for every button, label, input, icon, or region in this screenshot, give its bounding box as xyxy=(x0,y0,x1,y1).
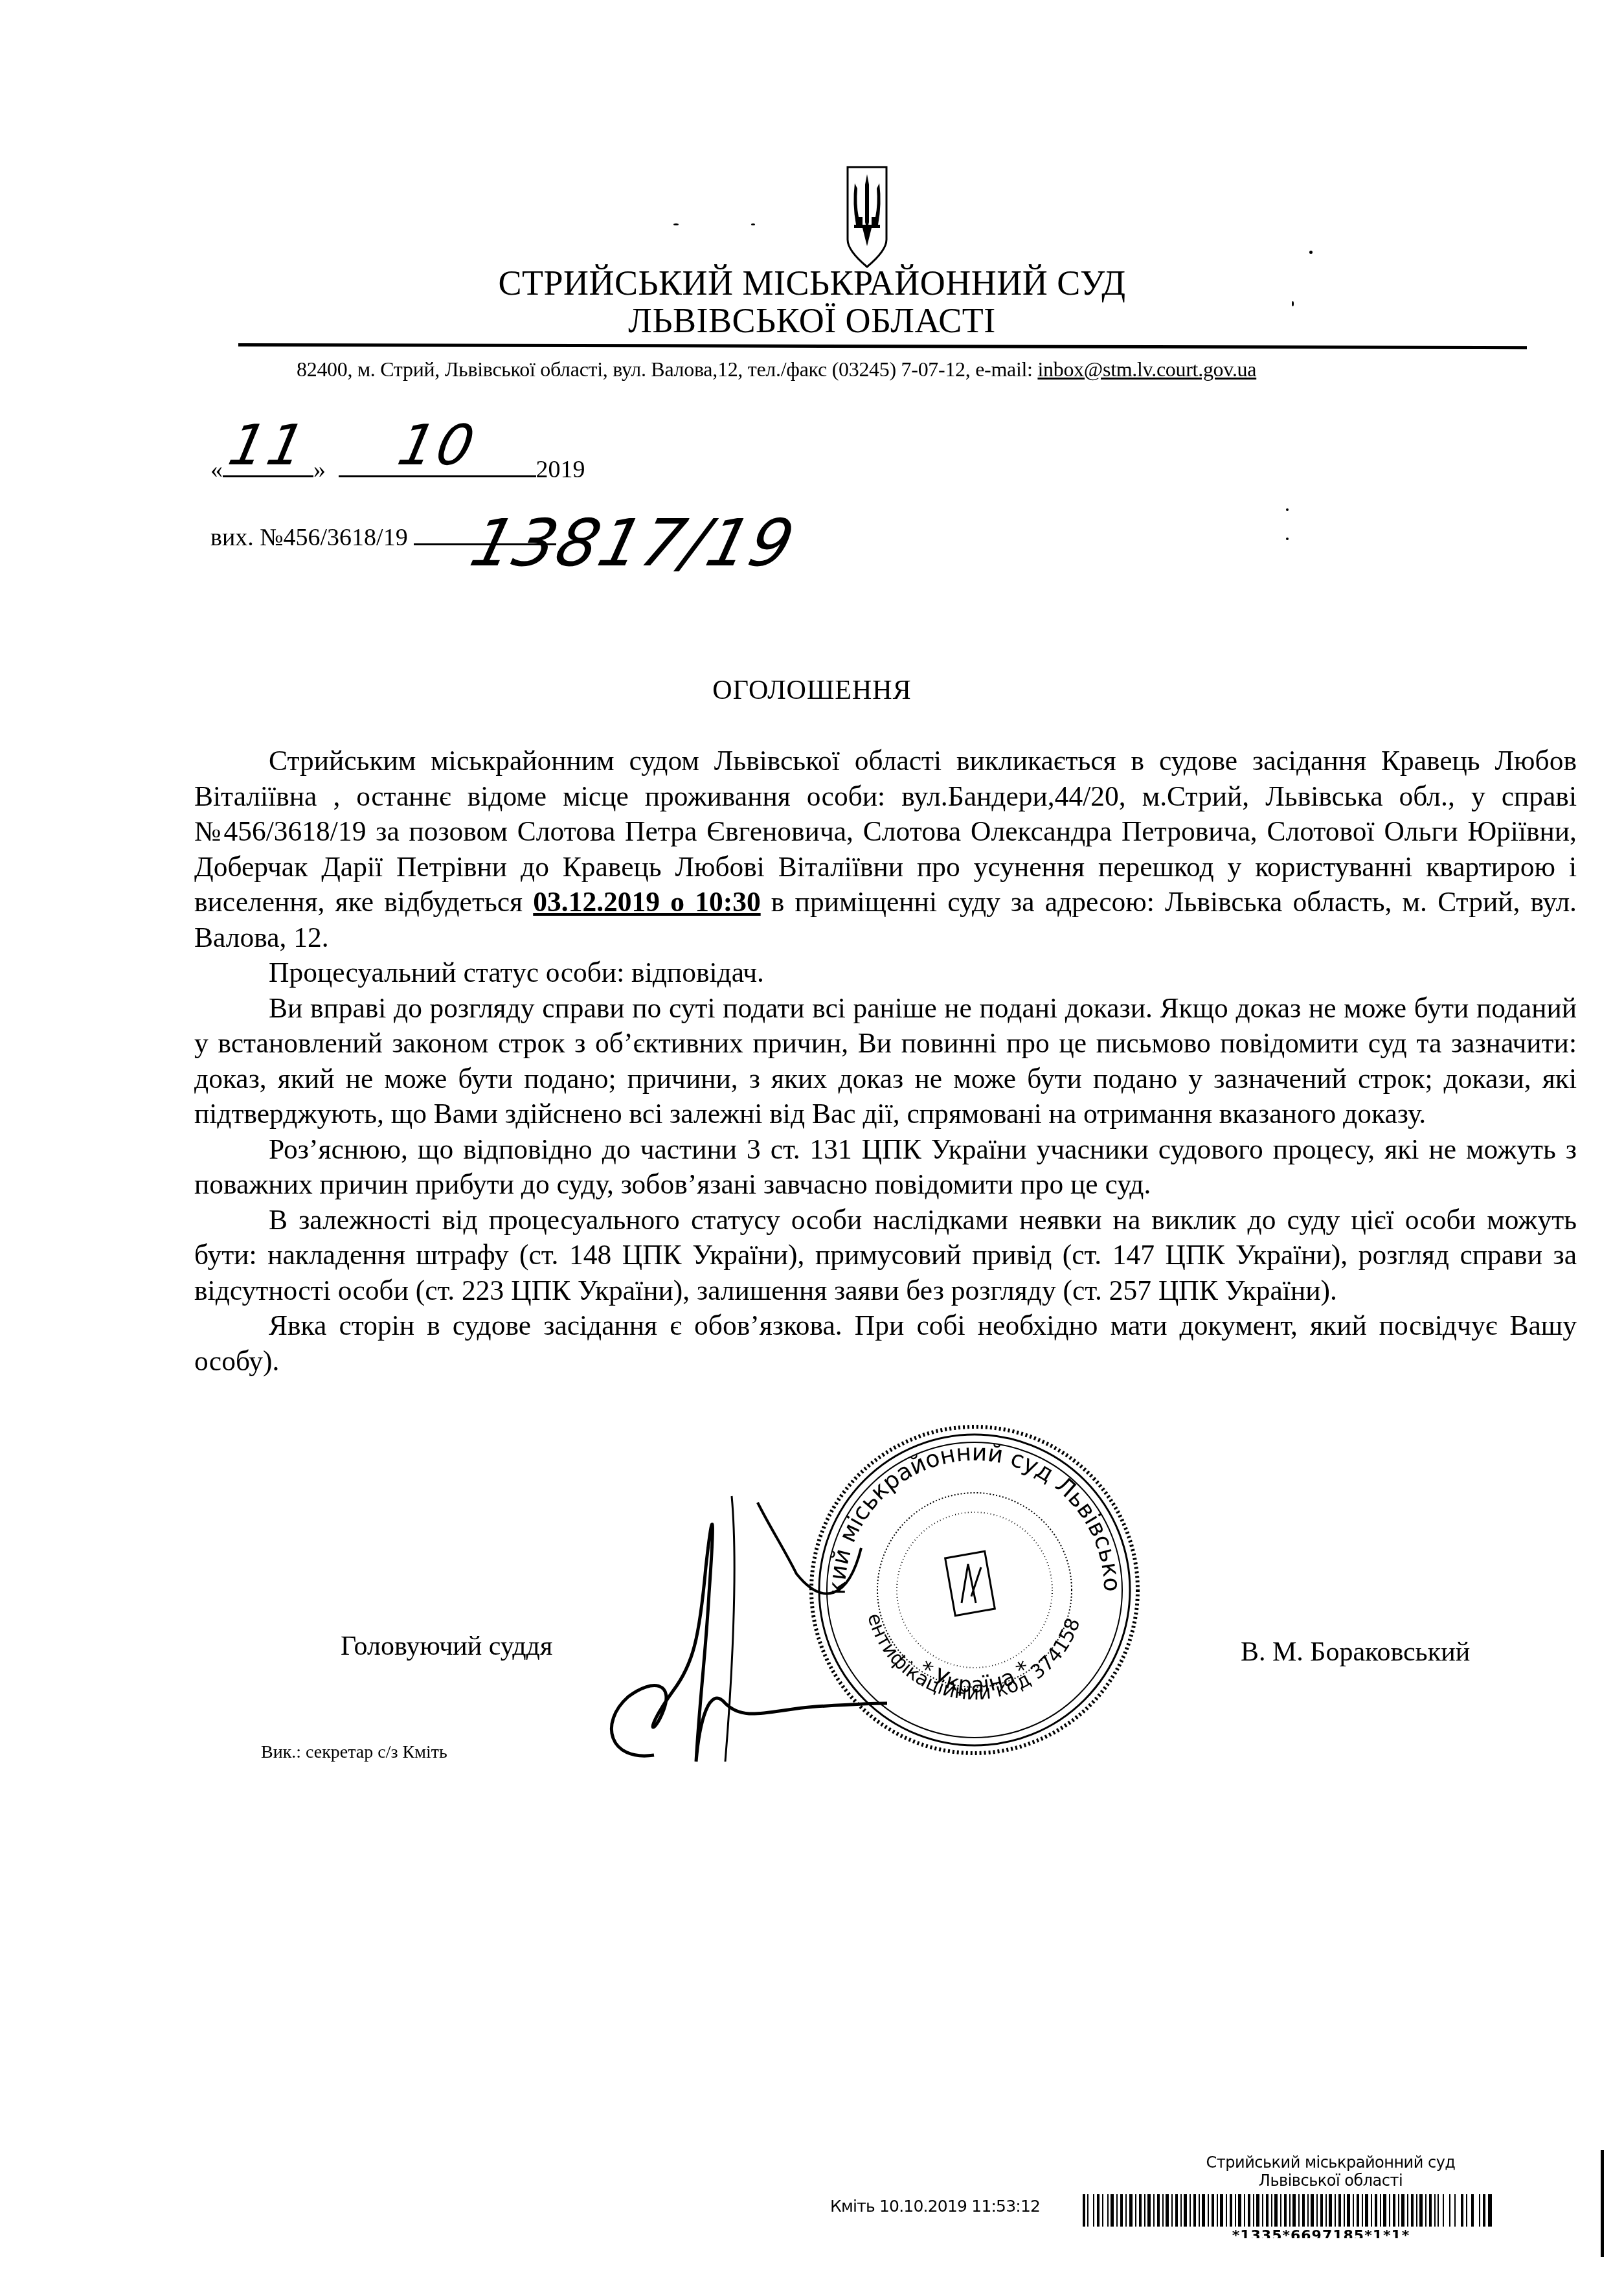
coat-of-arms-icon xyxy=(846,165,888,269)
month-handwritten: 10 xyxy=(332,413,543,478)
address-text: 82400, м. Стрий, Львівської області, вул… xyxy=(297,357,1037,381)
scan-speck xyxy=(673,223,679,225)
ref-handwritten-number: 13817/19 xyxy=(463,505,802,581)
scan-speck xyxy=(1292,301,1294,306)
barcode-icon xyxy=(1083,2194,1493,2227)
date-line: «11» 102019 xyxy=(210,453,585,484)
scan-speck xyxy=(1309,251,1313,254)
court-name-heading: СТРИЙСЬКИЙ МІСЬКРАЙОННИЙ СУД ЛЬВІВСЬКОЇ … xyxy=(0,264,1624,339)
document-title: ОГОЛОШЕННЯ xyxy=(0,675,1624,706)
close-quote: » xyxy=(313,456,326,483)
scan-speck xyxy=(1286,508,1289,511)
scan-speck xyxy=(751,223,755,225)
registration-office-line2: Львівської області xyxy=(1175,2172,1486,2190)
day-blank: 11 xyxy=(223,453,313,477)
judge-signature xyxy=(602,1490,965,1775)
document-body: Стрийським міськрайонним судом Львівсько… xyxy=(194,743,1577,1379)
registration-user-timestamp: Кміть 10.10.2019 11:53:12 xyxy=(830,2197,1040,2216)
paragraph-summons: Стрийським міськрайонним судом Львівсько… xyxy=(194,743,1577,955)
judge-name: В. М. Бораковський xyxy=(1241,1637,1470,1668)
court-name-line2: ЛЬВІВСЬКОЇ ОБЛАСТІ xyxy=(0,302,1624,339)
court-address: 82400, м. Стрий, Львівської області, вул… xyxy=(297,357,1256,381)
header-divider xyxy=(238,343,1527,349)
scan-edge-mark xyxy=(1601,2150,1604,2257)
month-blank: 10 xyxy=(339,453,536,477)
scan-speck xyxy=(1286,538,1289,540)
court-name-line1: СТРИЙСЬКИЙ МІСЬКРАЙОННИЙ СУД xyxy=(498,264,1125,302)
registration-office-line1: Стрийський міськрайонний суд xyxy=(1175,2153,1486,2172)
registration-office: Стрийський міськрайонний суд Львівської … xyxy=(1175,2153,1486,2190)
paragraph-consequences: В залежності від процесуального статусу … xyxy=(194,1203,1577,1309)
outgoing-ref-label: вих. №456/3618/19 xyxy=(210,524,408,551)
paragraph-evidence: Ви вправі до розгляду справи по суті под… xyxy=(194,991,1577,1132)
executor-line: Вик.: секретар с/з Кміть xyxy=(261,1742,447,1763)
year: 2019 xyxy=(536,456,585,483)
signatory-role: Головуючий суддя xyxy=(341,1631,552,1662)
email-link[interactable]: inbox@stm.lv.court.gov.ua xyxy=(1037,357,1256,381)
paragraph-attendance: Явка сторін в судове засідання є обов’яз… xyxy=(194,1308,1577,1379)
day-handwritten: 11 xyxy=(216,413,320,478)
paragraph-explanation: Роз’яснюю, що відповідно до частини 3 ст… xyxy=(194,1132,1577,1203)
hearing-datetime: 03.12.2019 о 10:30 xyxy=(533,887,760,918)
paragraph-procedural-status: Процесуальний статус особи: відповідач. xyxy=(194,955,1577,991)
barcode-number: *1335*6697185*1*1* xyxy=(1185,2228,1457,2238)
